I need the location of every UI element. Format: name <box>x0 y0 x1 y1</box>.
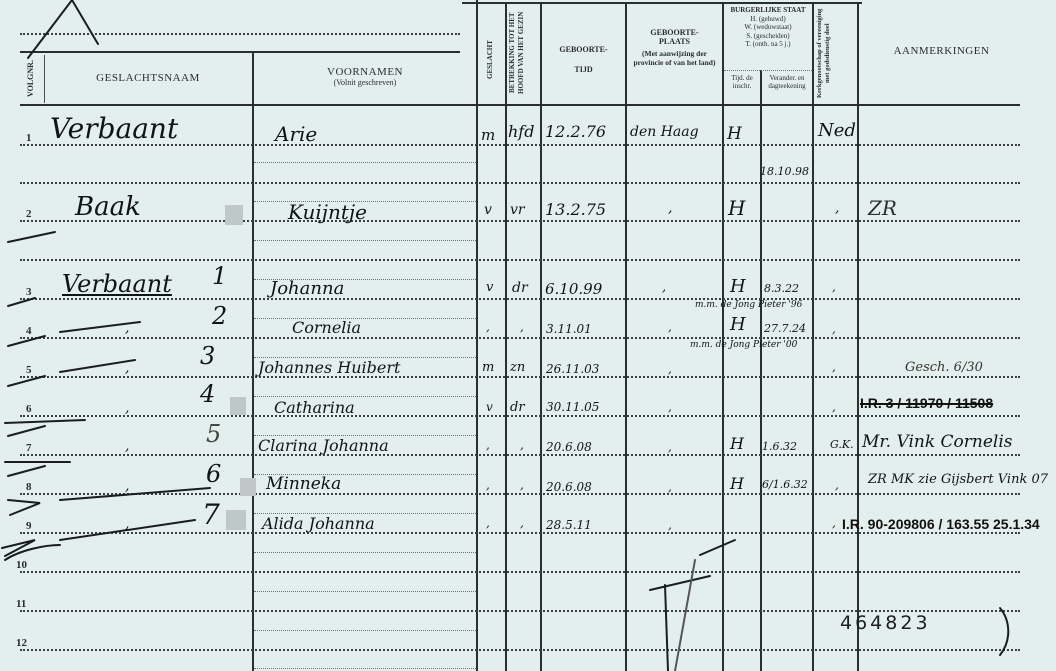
row-number-9: 9 <box>26 520 32 532</box>
row-subrule-12b <box>254 668 476 669</box>
birth-date: 20.6.08 <box>546 440 592 454</box>
birth-date: 13.2.75 <box>545 200 606 219</box>
row-number-4: 4 <box>26 325 32 337</box>
header-geboortetijd-2: TIJD <box>542 60 625 80</box>
row-rule-8 <box>20 493 1020 495</box>
table-row-empty <box>20 572 1020 610</box>
header-geboortetijd-1: GEBOORTE- <box>542 40 625 60</box>
child-number: 4 <box>200 380 215 408</box>
row-rule-7 <box>20 454 1020 456</box>
given-names: Cornelia <box>292 318 361 337</box>
birth-place: , <box>668 518 672 532</box>
religion: , <box>832 322 836 336</box>
birth-place: den Haag <box>630 124 699 140</box>
remarks: ZR MK zie Gijsbert Vink 07 <box>868 472 1048 487</box>
status-note: m.m. de Jong Pieter '96 <box>695 300 802 310</box>
religion: Ned <box>818 120 856 141</box>
relation: dr <box>510 400 525 415</box>
birth-date: 20.6.08 <box>546 480 592 494</box>
religion: , <box>835 478 839 492</box>
civil-status: H <box>730 276 746 297</box>
header-step <box>476 0 478 52</box>
header-geslacht: GESLACHT <box>486 20 494 100</box>
card-number: 464823 <box>840 612 931 634</box>
birth-date: 6.10.99 <box>545 280 602 298</box>
relation: zn <box>510 360 525 375</box>
header-geboorteplaats: GEBOORTE- PLAATS (Met aanwijzing der pro… <box>627 28 722 67</box>
row-rule-2c <box>20 259 1020 261</box>
header-voornamen-title: VOORNAMEN <box>254 66 476 78</box>
civil-status: H <box>730 314 746 335</box>
row-rule-12 <box>20 649 1020 651</box>
relation: , <box>520 320 524 334</box>
birth-date: 12.2.76 <box>545 122 606 141</box>
row-subrule-1a <box>254 162 476 163</box>
header-bs-w: W. (weduwstaat) <box>724 23 812 32</box>
civil-status: H <box>730 434 744 453</box>
header-geboortetijd: GEBOORTE- TIJD <box>542 40 625 80</box>
birth-place: , <box>668 400 672 414</box>
header-geboorteplaats-2: PLAATS <box>627 37 722 46</box>
sex: m <box>482 360 494 375</box>
surname: , <box>125 478 129 494</box>
header-bs-verander: Verander. en dagteekening <box>762 74 812 90</box>
civil-status: H <box>727 124 742 144</box>
row-number-6: 6 <box>26 403 32 415</box>
status-change-date: 27.7.24 <box>764 322 806 335</box>
status-change-date: 18.10.98 <box>760 165 809 178</box>
row-number-3: 3 <box>26 286 32 298</box>
birth-place: , <box>662 280 666 295</box>
given-names: Clarina Johanna <box>258 436 389 455</box>
surname: , <box>125 516 129 532</box>
row-number-5: 5 <box>26 364 32 376</box>
table-row-empty <box>20 533 1020 571</box>
register-card: VOLGNR. GESLACHTSNAAM VOORNAMEN (Volnit … <box>0 0 1056 671</box>
row-subrule-2b <box>254 240 476 241</box>
sex: v <box>486 400 493 414</box>
header-bs-h: H. (gehuwd) <box>724 15 812 24</box>
header-bs-s: S. (gescheiden) <box>724 32 812 41</box>
row-number-8: 8 <box>26 481 32 493</box>
given-names: Arie <box>275 122 317 146</box>
civil-status: H <box>730 474 744 493</box>
child-number: 7 <box>202 498 220 531</box>
birth-date: 28.5.11 <box>546 518 592 532</box>
surname: , <box>125 438 129 454</box>
birth-place: , <box>668 200 672 216</box>
header-voornamen-sub: (Volnit geschreven) <box>254 78 476 87</box>
civil-status: H <box>728 196 745 220</box>
relation: vr <box>510 202 525 218</box>
remarks-stamp-struck: I.R. 3 / 11970 / 11508 <box>860 395 993 411</box>
relation: , <box>520 516 524 530</box>
child-number: 6 <box>206 460 221 488</box>
surname: , <box>125 360 129 376</box>
given-names: Alida Johanna <box>262 514 375 533</box>
status-change-date: 6/1.6.32 <box>762 478 808 491</box>
header-betrekking: BETREKKING TOT HET HOOFD VAN HET GEZIN <box>508 4 538 102</box>
birth-date: 26.11.03 <box>546 362 599 376</box>
surname: Baak <box>75 192 141 222</box>
surname: , <box>125 400 129 416</box>
header-bs-t: T. (onth. na 5 j.) <box>724 40 812 49</box>
given-names: Johanna <box>270 278 344 299</box>
row-subrule-5b <box>254 396 476 397</box>
row-subrule-3b <box>254 318 476 319</box>
birth-place: , <box>668 440 672 454</box>
given-names: Catharina <box>274 398 355 417</box>
relation: hfd <box>508 122 534 141</box>
surname: , <box>125 320 129 336</box>
religion: , <box>835 200 839 216</box>
birth-place: , <box>668 320 672 334</box>
child-number: 3 <box>200 342 215 370</box>
given-names: Johannes Huibert <box>258 358 400 377</box>
religion: , <box>832 280 836 294</box>
header-bs-title: BURGERLIJKE STAAT <box>724 6 812 15</box>
sex: , <box>486 516 490 530</box>
row-rule-1b <box>20 182 1020 184</box>
row-rule-4 <box>20 337 1020 339</box>
header-volgnr: VOLGNR. <box>26 56 35 102</box>
header-kerkgenootschap: Kerkgenootschap of vereeniging met godsd… <box>816 4 854 102</box>
remarks: Gesch. 6/30 <box>905 360 983 375</box>
birth-date: 30.11.05 <box>546 400 599 414</box>
birth-place: , <box>668 362 672 376</box>
status-note: m.m. de Jong Pieter '00 <box>690 340 797 350</box>
remarks: Mr. Vink Cornelis <box>862 432 1013 452</box>
birth-place: , <box>668 480 672 494</box>
status-change-date: 8.3.22 <box>764 282 799 295</box>
header-burgerlijke-staat: BURGERLIJKE STAAT H. (gehuwd) W. (weduws… <box>724 6 812 49</box>
header-bs-tijd: Tijd. de inschr. <box>724 74 760 90</box>
child-number: 2 <box>212 302 227 330</box>
surname: Verbaant <box>62 270 172 298</box>
header-top-rule <box>20 51 460 53</box>
sex: , <box>486 438 490 452</box>
header-geslachtsnaam: GESLACHTSNAAM <box>44 72 252 84</box>
religion: , <box>832 400 836 414</box>
header-voornamen: VOORNAMEN (Volnit geschreven) <box>254 66 476 87</box>
header-geboorteplaats-1: GEBOORTE- <box>627 28 722 37</box>
religion: , <box>832 360 836 374</box>
child-number: 1 <box>212 262 227 290</box>
sex: m <box>481 126 495 144</box>
row-rule-5 <box>20 376 1020 378</box>
row-rule-6 <box>20 415 1020 417</box>
top-rule <box>20 33 460 35</box>
sex: , <box>486 320 490 334</box>
surname: Verbaant <box>50 112 178 145</box>
status-change-date: 1.6.32 <box>762 440 797 453</box>
religion: , <box>832 516 836 530</box>
relation: , <box>520 478 524 492</box>
remarks: ZR <box>868 196 897 220</box>
row-rule-2 <box>20 220 1020 222</box>
child-number: 5 <box>206 420 221 448</box>
row-number-1: 1 <box>26 132 32 144</box>
row-rule-3 <box>20 298 1020 300</box>
birth-date: 3.11.01 <box>546 322 592 336</box>
relation: dr <box>512 280 528 296</box>
header-aanmerkingen: AANMERKINGEN <box>859 45 1024 57</box>
bs-subheader-rule <box>724 70 812 71</box>
sex: v <box>484 202 492 218</box>
sex: v <box>486 280 493 295</box>
header-geboorteplaats-sub: (Met aanwijzing der provincie of van het… <box>627 49 722 67</box>
religion: G.K. <box>830 438 854 451</box>
given-names: Minneka <box>266 474 341 494</box>
row-number-7: 7 <box>26 442 32 454</box>
relation: , <box>520 438 524 452</box>
remarks-stamp: I.R. 90-209806 / 163.55 25.1.34 <box>842 516 1040 532</box>
given-names: Kuijntje <box>288 200 367 224</box>
row-number-2: 2 <box>26 208 32 220</box>
sex: , <box>486 478 490 492</box>
header-bottom-rule <box>20 104 1020 106</box>
